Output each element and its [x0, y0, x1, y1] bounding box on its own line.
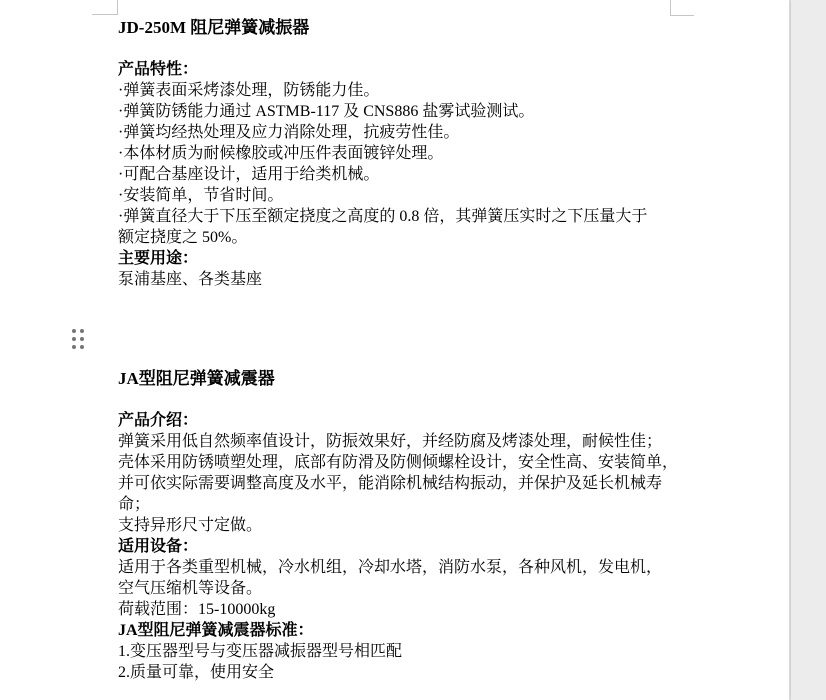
section2-title: JA型阻尼弹簧减震器 [118, 368, 678, 389]
devices-line: 空气压缩机等设备。 [118, 578, 678, 599]
feature-line: ·弹簧直径大于下压至额定挠度之高度的 0.8 倍，其弹簧压实时之下压量大于 [118, 206, 678, 227]
six-dot-drag-handle-icon[interactable] [72, 329, 84, 349]
feature-line: ·本体材质为耐候橡胶或冲压件表面镀锌处理。 [118, 143, 678, 164]
section1-title: JD-250M 阻尼弹簧减振器 [118, 17, 678, 38]
margin-mark-top-left-vertical [117, 0, 118, 15]
intro-line: 弹簧采用低自然频率值设计，防振效果好，并经防腐及烤漆处理，耐候性佳； [118, 431, 678, 452]
intro-line: 命； [118, 494, 678, 515]
standard-line: 1.变压器型号与变压器减振器型号相匹配 [118, 641, 678, 662]
standard-line: 2.质量可靠，使用安全 [118, 662, 678, 683]
margin-mark-top-right-horizontal [670, 15, 694, 16]
intro-line: 支持异形尺寸定做。 [118, 515, 678, 536]
devices-line: 适用于各类重型机械，冷水机组，冷却水塔，消防水泵，各种风机，发电机， [118, 557, 678, 578]
usage-line: 泵浦基座、各类基座 [118, 269, 678, 290]
feature-line: ·弹簧表面采烤漆处理，防锈能力佳。 [118, 80, 678, 101]
feature-line: ·可配合基座设计，适用于给类机械。 [118, 164, 678, 185]
margin-mark-top-left-horizontal [92, 14, 118, 15]
document-page: JD-250M 阻尼弹簧减振器 产品特性： ·弹簧表面采烤漆处理，防锈能力佳。 … [0, 0, 790, 700]
intro-line: 并可依实际需要调整高度及水平，能消除机械结构振动，并保护及延长机械寿 [118, 473, 678, 494]
usage-label: 主要用途： [118, 248, 678, 269]
intro-line: 壳体采用防锈喷塑处理，底部有防滑及防侧倾螺栓设计，安全性高、安装简单， [118, 452, 678, 473]
feature-line-wrap: 额定挠度之 50%。 [118, 227, 678, 248]
blank-line [118, 38, 678, 59]
workspace-background [791, 0, 826, 700]
feature-line: ·弹簧防锈能力通过 ASTMB-117 及 CNS886 盐雾试验测试。 [118, 101, 678, 122]
margin-mark-top-right-vertical [670, 0, 671, 16]
feature-line: ·弹簧均经热处理及应力消除处理，抗疲劳性佳。 [118, 122, 678, 143]
load-range-line: 荷载范围：15-10000kg [118, 599, 678, 620]
blank-line [118, 389, 678, 410]
intro-label: 产品介绍： [118, 410, 678, 431]
section-gap [118, 290, 678, 368]
document-text-column: JD-250M 阻尼弹簧减振器 产品特性： ·弹簧表面采烤漆处理，防锈能力佳。 … [118, 17, 678, 683]
features-label: 产品特性： [118, 59, 678, 80]
devices-label: 适用设备： [118, 536, 678, 557]
feature-line: ·安装简单，节省时间。 [118, 185, 678, 206]
standards-label: JA型阻尼弹簧减震器标准： [118, 620, 678, 641]
